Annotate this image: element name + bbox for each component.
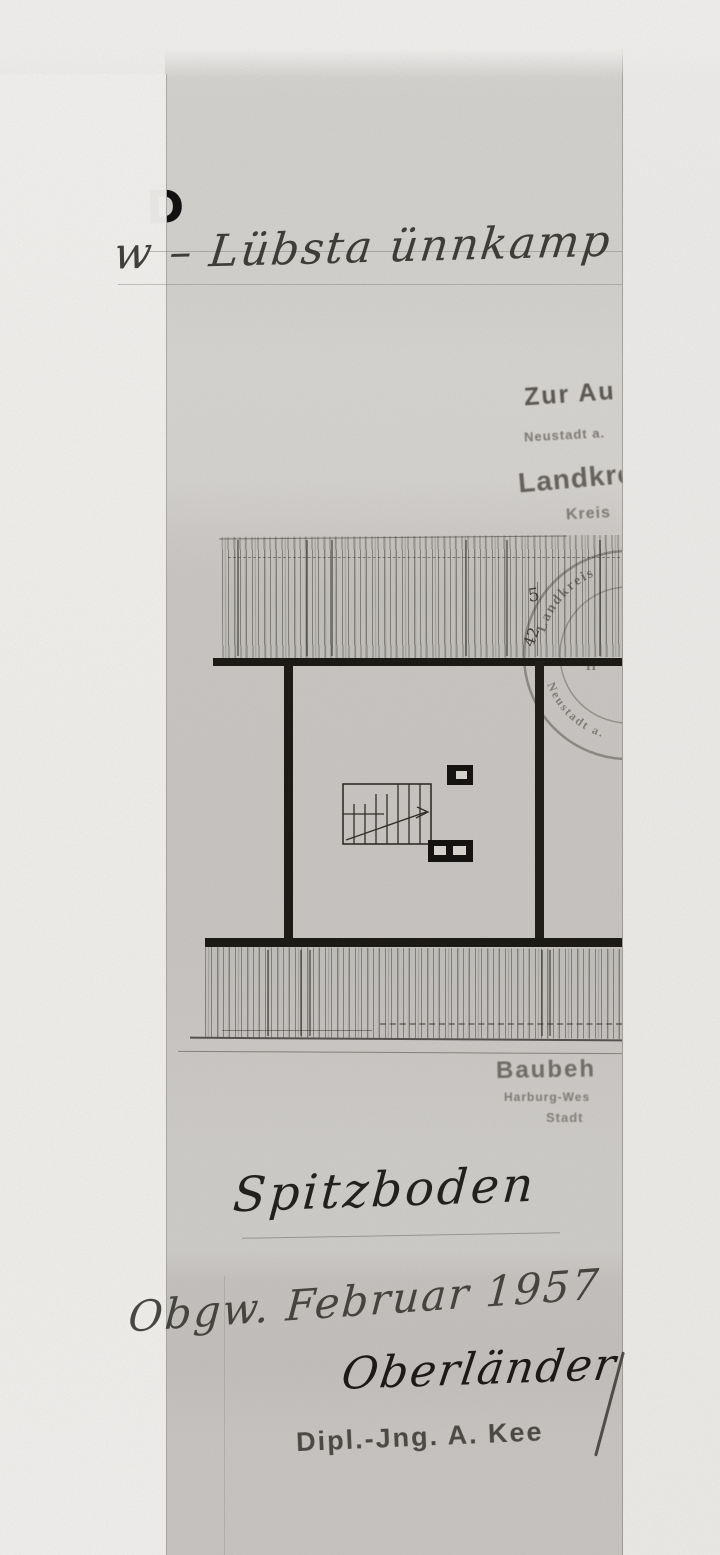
hatch-accent-stroke bbox=[599, 540, 601, 656]
flue-opening bbox=[434, 846, 446, 855]
signature-handwriting: Oberländer bbox=[338, 1339, 620, 1400]
svg-text:Neustadt a.: Neustadt a. bbox=[544, 680, 607, 740]
seal-arc-bottom-text: Neustadt a. bbox=[544, 680, 607, 740]
roof-hatch-band-top bbox=[222, 535, 623, 659]
staircase-drawing bbox=[340, 778, 440, 850]
chimney-flue bbox=[447, 765, 473, 785]
room-label-handwriting: Spitzboden bbox=[231, 1157, 538, 1224]
hatch-accent-stroke bbox=[465, 540, 467, 656]
top-sheet-strip bbox=[0, 0, 720, 78]
floor-beam-bottom bbox=[205, 938, 622, 947]
flue-opening bbox=[453, 846, 466, 855]
hatch-accent-stroke bbox=[506, 540, 508, 656]
wall-right bbox=[535, 661, 544, 946]
stair-walk-line bbox=[346, 812, 426, 840]
scanned-blueprint-page: D w – Lübsta ünnkamp Zur Au Neustadt a. … bbox=[0, 0, 720, 1555]
hatch-accent-stroke bbox=[331, 540, 333, 656]
pencil-guideline bbox=[118, 284, 622, 285]
thin-edge-line bbox=[222, 1030, 372, 1031]
tick-line bbox=[228, 557, 620, 558]
chimney-flue bbox=[428, 840, 473, 862]
authority-stamp-line-1: Baubeh bbox=[496, 1055, 622, 1085]
stair-arrow bbox=[416, 807, 428, 818]
hatch-accent-stroke bbox=[309, 950, 311, 1036]
authority-stamp-line-3: Stadt bbox=[546, 1110, 622, 1125]
hatch-accent-stroke bbox=[306, 540, 308, 656]
hatch-accent-stroke bbox=[237, 540, 239, 656]
hatch-accent-stroke bbox=[300, 950, 302, 1036]
floor-beam-top bbox=[213, 658, 622, 666]
dashed-edge-line bbox=[380, 1023, 622, 1025]
hatch-accent-stroke bbox=[267, 950, 269, 1036]
authority-stamp-line-2: Harburg-Wes bbox=[504, 1090, 622, 1104]
flue-opening bbox=[456, 771, 467, 779]
wall-left bbox=[284, 661, 293, 947]
approval-stamp-line-4: Kreis bbox=[566, 504, 623, 525]
